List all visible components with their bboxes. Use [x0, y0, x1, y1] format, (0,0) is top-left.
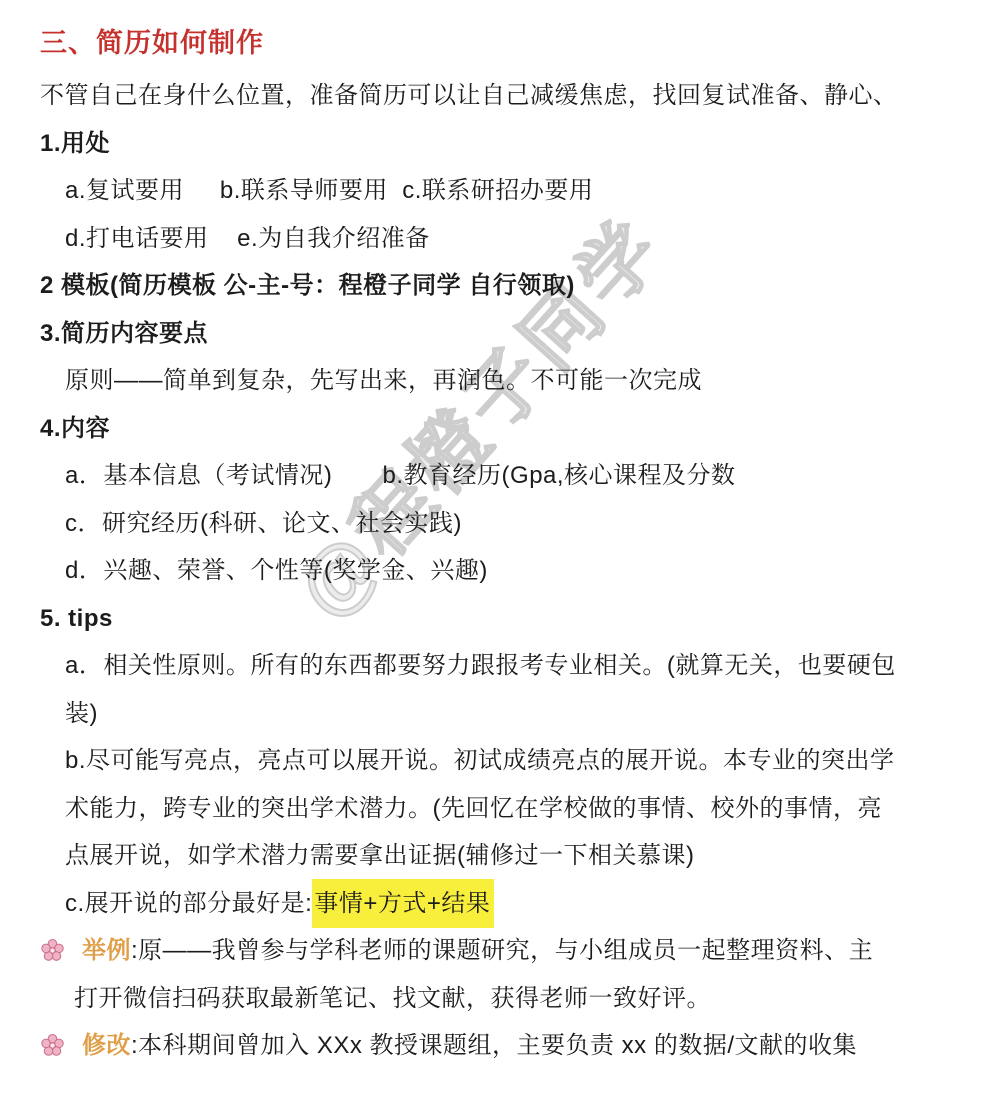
section-title-template: 2 模板(简历模板 公-主-号：程橙子同学 自行领取) — [40, 262, 958, 310]
content-row-c: c．研究经历(科研、论文、社会实践) — [40, 500, 958, 548]
section-title-key-points: 3.简历内容要点 — [40, 310, 958, 358]
section-title-content: 4.内容 — [40, 405, 958, 453]
intro-line: 不管自己在身什么位置，准备简历可以让自己减缓焦虑，找回复试准备、静心、 — [40, 72, 958, 120]
key-points-principle: 原则——简单到复杂，先写出来，再润色。不可能一次完成 — [40, 357, 958, 405]
revision-text: :本科期间曾加入 XXx 教授课题组，主要负责 xx 的数据/文献的收集 — [131, 1022, 857, 1070]
uses-row-abc: a.复试要用 b.联系导师要用 c.联系研招办要用 — [40, 167, 958, 215]
content-row-a-b: a．基本信息（考试情况) b.教育经历(Gpa,核心课程及分数 — [40, 452, 958, 500]
doc-heading: 三、简历如何制作 — [40, 14, 958, 72]
section-title-tips: 5. tips — [40, 595, 958, 643]
flower-icon — [40, 938, 65, 963]
highlighted-formula: 事情+方式+结果 — [312, 879, 494, 928]
revision-label: 修改 — [82, 1022, 131, 1070]
content-row-d: d．兴趣、荣誉、个性等(奖学金、兴趣) — [40, 547, 958, 595]
example-text: :原——我曾参与学科老师的课题研究，与小组成员一起整理资料、主 — [131, 927, 873, 975]
revision-row: 修改:本科期间曾加入 XXx 教授课题组，主要负责 xx 的数据/文献的收集 — [40, 1022, 958, 1070]
uses-row-de: d.打电话要用 e.为自我介绍准备 — [40, 215, 958, 263]
flower-icon — [40, 1033, 65, 1058]
notes-page: @程橙子同学 三、简历如何制作 不管自己在身什么位置，准备简历可以让自己减缓焦虑… — [0, 0, 996, 1106]
document-content: 三、简历如何制作 不管自己在身什么位置，准备简历可以让自己减缓焦虑，找回复试准备… — [0, 0, 996, 1070]
section-title-uses: 1.用处 — [40, 120, 958, 168]
tips-a-line2: 装) — [40, 690, 958, 738]
example-row: 举例:原——我曾参与学科老师的课题研究，与小组成员一起整理资料、主 — [40, 927, 958, 975]
tips-b-line1: b.尽可能写亮点，亮点可以展开说。初试成绩亮点的展开说。本专业的突出学 — [40, 737, 958, 785]
example-label: 举例 — [82, 927, 131, 975]
tips-b-line3: 点展开说，如学术潜力需要拿出证据(辅修过一下相关慕课) — [40, 832, 958, 880]
tips-c-line: c.展开说的部分最好是:事情+方式+结果 — [40, 880, 958, 928]
tips-b-line2: 术能力，跨专业的突出学术潜力。(先回忆在学校做的事情、校外的事情，亮 — [40, 785, 958, 833]
tips-c-prefix: c.展开说的部分最好是: — [65, 890, 312, 917]
example-continuation: 打开微信扫码获取最新笔记、找文献，获得老师一致好评。 — [40, 975, 958, 1023]
tips-a-line1: a．相关性原则。所有的东西都要努力跟报考专业相关。(就算无关，也要硬包 — [40, 642, 958, 690]
